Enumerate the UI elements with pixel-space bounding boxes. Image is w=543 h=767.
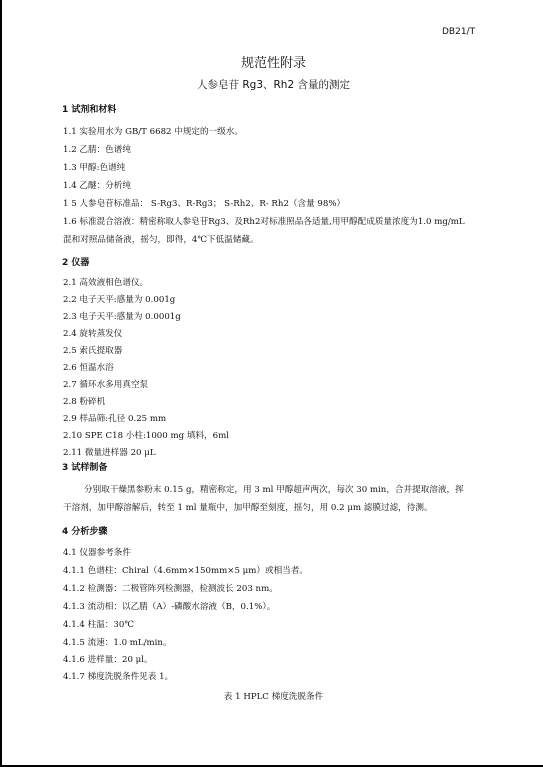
list-item: 4.1.1 色谱柱：Chiral（4.6mm×150mm×5 μm）或相当者。 — [63, 564, 308, 576]
list-item: 2.5 索氏提取器 — [63, 344, 122, 356]
list-item: 4.1.6 进样量：20 μl。 — [63, 653, 153, 665]
list-item: 2.2 电子天平:感量为 0.001g — [63, 293, 175, 305]
list-item: 2.6 恒温水浴 — [63, 361, 114, 373]
list-item: 2.3 电子天平:感量为 0.0001g — [63, 310, 181, 322]
list-item: 4.1.4 柱温：30℃ — [63, 618, 134, 630]
page-subtitle: 人参皂苷 Rg3、Rh2 含量的测定 — [2, 77, 543, 92]
list-item: 1.4 乙醚：分析纯 — [63, 179, 131, 191]
list-item: 1.2 乙腈：色谱纯 — [63, 143, 131, 155]
list-item: 1.6 标准混合溶液：精密称取人参皂苷Rg3、及Rh2对标准照品各适量,用甲醇配… — [63, 215, 465, 227]
list-item: 2.4 旋转蒸发仪 — [63, 327, 122, 339]
document-code: DB21/T — [442, 27, 475, 37]
list-item: 2.11 微量进样器 20 μL — [63, 446, 156, 458]
list-item: 2.10 SPE C18 小柱:1000 mg 填料，6ml — [63, 429, 229, 441]
list-item: 1.1 实验用水为 GB/T 6682 中规定的一级水。 — [63, 125, 243, 137]
document-page: DB21/T 规范性附录 人参皂苷 Rg3、Rh2 含量的测定 1 试剂和材料 … — [0, 0, 543, 767]
list-item: 4.1.7 梯度洗脱条件见表 1。 — [63, 670, 173, 682]
list-item: 2.1 高效液相色谱仪。 — [63, 276, 148, 288]
section-heading-sample-prep: 3 试样制备 — [62, 460, 107, 473]
table-caption: 表 1 HPLC 梯度洗脱条件 — [2, 690, 543, 702]
list-item: 4.1.5 流速：1.0 mL/min。 — [63, 636, 172, 648]
section-heading-reagents: 1 试剂和材料 — [62, 102, 116, 115]
list-item: 2.8 粉碎机 — [63, 395, 105, 407]
list-item: 4.1.3 流动相：以乙腈（A）-磷酸水溶液（B，0.1%）。 — [63, 600, 275, 612]
paragraph-line: 分别取干燥黑参粉末 0.15 g，精密称定，用 3 ml 甲醇超声两次，每次 3… — [84, 483, 464, 495]
section-heading-analysis: 4 分析步骤 — [62, 524, 107, 537]
list-item: 2.7 循环水多用真空泵 — [63, 378, 148, 390]
paragraph-line: 干溶剂，加甲醇溶解后，转至 1 ml 量瓶中，加甲醇至刻度，摇匀，用 0.2 μ… — [63, 501, 433, 513]
list-item: 1.3 甲醇:色谱纯 — [63, 161, 125, 173]
list-item-continuation: 混和对照品储备液，摇匀，即得，4℃下低温储藏。 — [63, 233, 259, 245]
list-item: 2.9 样品筛:孔径 0.25 mm — [63, 412, 166, 424]
section-heading-instruments: 2 仪器 — [62, 255, 89, 268]
page-title: 规范性附录 — [2, 52, 543, 71]
list-item: 1 5 人参皂苷标准品： S-Rg3、R-Rg3； S-Rh2、R- Rh2（含… — [63, 197, 345, 209]
list-item: 4.1 仪器参考条件 — [63, 546, 131, 558]
list-item: 4.1.2 检测器：二极管阵列检测器，检测波长 203 nm。 — [63, 582, 278, 594]
